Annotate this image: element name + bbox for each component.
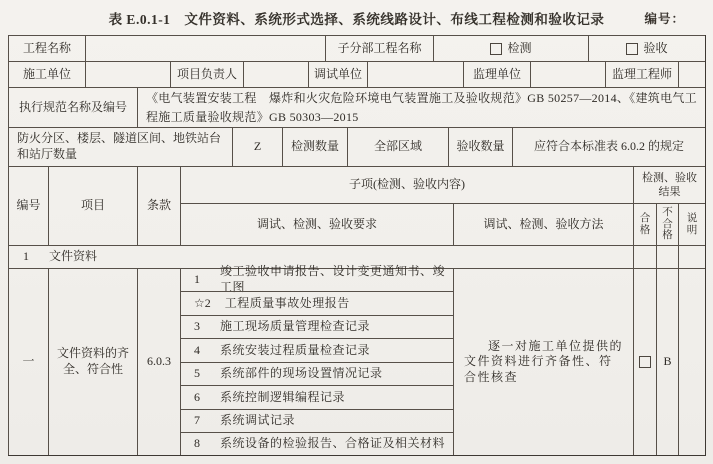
header-no: 编号 — [8, 166, 48, 245]
zone-label: 防火分区、楼层、隧道区间、地铁站台和站厅数量 — [8, 127, 232, 166]
group-note-cell — [678, 268, 705, 455]
group-item: 文件资料的齐全、符合性 — [48, 268, 137, 455]
section-fail-cell — [656, 245, 678, 268]
pass-checkbox-icon — [639, 356, 651, 368]
commissioning-unit-label: 调试单位 — [308, 61, 367, 87]
standard-value: 《电气装置安装工程 爆炸和火灾危险环境电气装置施工及验收规范》GB 50257—… — [137, 87, 705, 127]
record-form-table: 工程名称 子分部工程名称 检测 验收 施工单位 项目负责人 调试单位 监理单位 … — [8, 35, 706, 456]
section-pass-cell — [633, 245, 656, 268]
project-leader-value — [243, 61, 308, 87]
zone-value: Z — [232, 127, 282, 166]
requirement-row: 1竣工验收申请报告、设计变更通知书、竣工图 — [180, 268, 453, 291]
header-requirement: 调试、检测、验收要求 — [180, 203, 453, 245]
requirement-row: ☆2工程质量事故处理报告 — [180, 291, 453, 315]
requirement-row: 4系统安装过程质量检查记录 — [180, 338, 453, 362]
serial-number-label: 编号： — [644, 9, 685, 27]
requirement-row: 8系统设备的检验报告、合格证及相关材料 — [180, 432, 453, 455]
accept-option-label: 验收 — [643, 41, 667, 57]
header-item: 项目 — [48, 166, 137, 245]
group-no: 一 — [8, 268, 48, 455]
contractor-value — [85, 61, 170, 87]
requirement-row: 7系统调试记录 — [180, 409, 453, 432]
accept-option: 验收 — [588, 35, 705, 61]
accept-qty-label: 验收数量 — [448, 127, 512, 166]
accept-qty-value: 应符合本标准表 6.0.2 的规定 — [512, 127, 705, 166]
standard-label: 执行规范名称及编号 — [8, 87, 137, 127]
requirement-row: 6系统控制逻辑编程记录 — [180, 385, 453, 409]
supervision-engineer-value — [678, 61, 705, 87]
header-clause: 条款 — [137, 166, 180, 245]
group-pass-cell — [633, 268, 656, 455]
project-name-value — [85, 35, 325, 61]
check-qty-label: 检测数量 — [282, 127, 347, 166]
requirement-row: 5系统部件的现场设置情况记录 — [180, 362, 453, 385]
section-no: 1 — [23, 249, 35, 265]
group-method: 逐一对施工单位提供的文件资料进行齐备性、符合性核查 — [453, 268, 633, 455]
page-header: 表 E.0.1-1 文件资料、系统形式选择、系统线路设计、布线工程检测和验收记录… — [8, 8, 705, 30]
project-name-label: 工程名称 — [8, 35, 85, 61]
check-checkbox-icon — [490, 43, 502, 55]
requirement-row: 3施工现场质量管理检查记录 — [180, 315, 453, 338]
section-name: 文件资料 — [49, 249, 97, 265]
supervision-unit-label: 监理单位 — [463, 61, 530, 87]
header-pass: 合格 — [633, 203, 656, 245]
accept-checkbox-icon — [626, 43, 638, 55]
check-option: 检测 — [433, 35, 588, 61]
check-qty-value: 全部区域 — [347, 127, 448, 166]
commissioning-unit-value — [367, 61, 463, 87]
group-clause: 6.0.3 — [137, 268, 180, 455]
sub-project-label: 子分部工程名称 — [325, 35, 433, 61]
header-result: 检测、验收结果 — [633, 166, 705, 203]
header-method: 调试、检测、验收方法 — [453, 203, 633, 245]
header-note: 说明 — [678, 203, 705, 245]
header-fail: 不合格 — [656, 203, 678, 245]
contractor-label: 施工单位 — [8, 61, 85, 87]
group-fail-cell: B — [656, 268, 678, 455]
header-subitem: 子项(检测、验收内容) — [180, 166, 633, 203]
check-option-label: 检测 — [507, 41, 531, 57]
page-title: 表 E.0.1-1 文件资料、系统形式选择、系统线路设计、布线工程检测和验收记录 — [8, 8, 705, 28]
supervision-engineer-label: 监理工程师 — [605, 61, 678, 87]
section-note-cell — [678, 245, 705, 268]
project-leader-label: 项目负责人 — [170, 61, 243, 87]
supervision-unit-value — [530, 61, 605, 87]
